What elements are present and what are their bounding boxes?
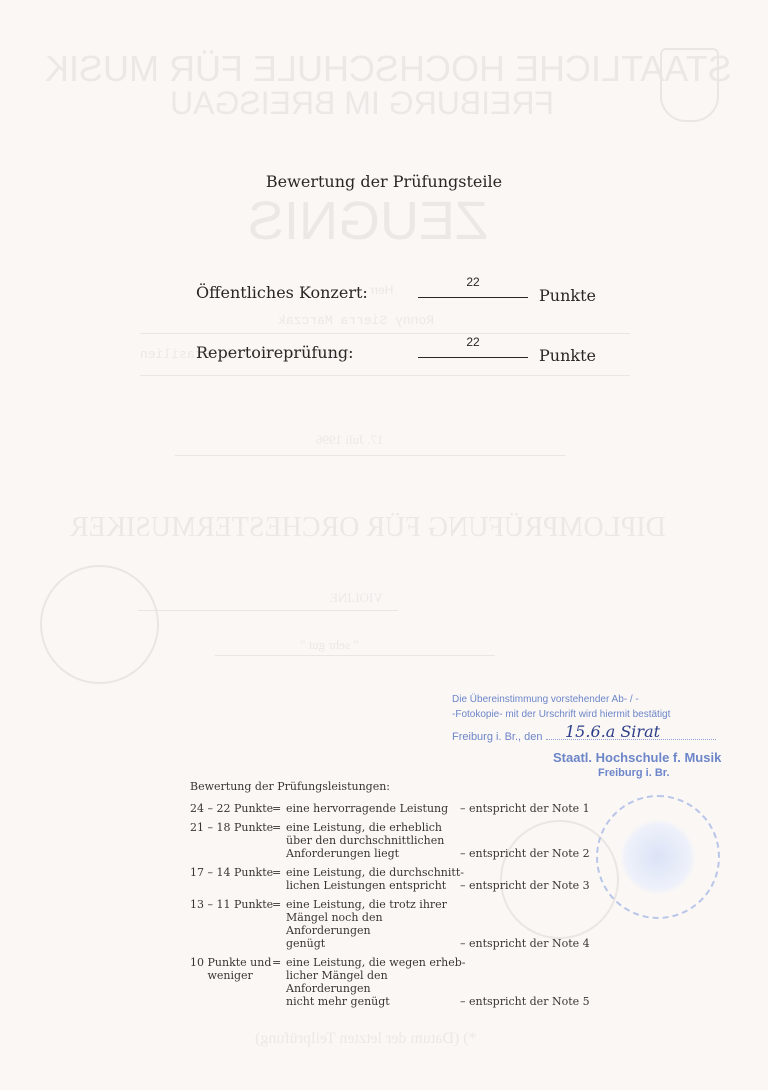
legend-description: eine Leistung, die erheblich über den du…: [286, 821, 466, 860]
ghost-salutation: Herr: [370, 283, 393, 297]
legend-note: – entspricht der Note 4: [460, 937, 590, 950]
ghost-exam-name: DIPLOMPRÜFUNG FÜR ORCHESTERMUSIKER: [70, 512, 666, 544]
ghost-institution-line2: FREIBURG IM BREISGAU: [170, 85, 554, 122]
legend-points: 17 – 14 Punkte: [190, 866, 275, 879]
ghost-institution-line1: STAATLICHE HOCHSCHULE FÜR MUSIK: [45, 48, 732, 90]
legend-note: – entspricht der Note 5: [460, 995, 590, 1008]
handwritten-signature: 15.6.a Sirat: [565, 722, 660, 741]
legend-equals: =: [272, 956, 281, 969]
legend-row: 24 – 22 Punkte = eine hervorragende Leis…: [190, 802, 466, 815]
legend-points: 21 – 18 Punkte: [190, 821, 275, 834]
stamp-place: Freiburg i. Br., den: [452, 731, 543, 743]
part-points: 22: [418, 275, 528, 298]
part-points: 22: [418, 335, 528, 358]
ghost-footnote: *) (Datum der letzten Teilprüfung): [255, 1030, 477, 1048]
ghost-heading: ZEUGNIS: [248, 190, 488, 252]
legend-equals: =: [272, 821, 281, 834]
part-unit: Punkte: [539, 346, 596, 365]
stamp-line1: Die Übereinstimmung vorstehender Ab- / -: [452, 694, 639, 705]
stamp-city: Freiburg i. Br.: [598, 767, 670, 779]
part-label: Öffentliches Konzert:: [196, 283, 368, 302]
legend-description: eine Leistung, die trotz ihrer Mängel no…: [286, 898, 466, 950]
page-title: Bewertung der Prüfungsteile: [0, 172, 768, 191]
legend-points: 13 – 11 Punkte: [190, 898, 275, 911]
legend-points: 10 Punkte und weniger: [190, 956, 275, 982]
ghost-grade: " sehr gut ": [300, 637, 359, 653]
part-unit: Punkte: [539, 286, 596, 305]
ghost-subject: VIOLINE: [330, 590, 383, 606]
legend-description: eine Leistung, die wegen erheb- licher M…: [286, 956, 466, 1008]
ghost-seal-icon: [40, 565, 159, 684]
ghost-exam-date: 17. Juli 1996: [316, 432, 384, 448]
ghost-coat-of-arms-icon: [660, 48, 719, 122]
legend-equals: =: [272, 898, 281, 911]
legend-row: 17 – 14 Punkte = eine Leistung, die durc…: [190, 866, 466, 892]
legend-points: 24 – 22 Punkte: [190, 802, 275, 815]
official-seal-icon: [596, 795, 720, 919]
stamp-line2: -Fotokopie- mit der Urschrift wird hierm…: [452, 709, 670, 720]
stamp-institution: Staatl. Hochschule f. Musik: [553, 750, 721, 765]
legend-title: Bewertung der Prüfungsleistungen:: [190, 780, 466, 793]
grading-legend: Bewertung der Prüfungsleistungen: 24 – 2…: [190, 780, 466, 1014]
legend-note: – entspricht der Note 3: [460, 879, 590, 892]
ghost-name: Ronny Sierra Marczak: [278, 313, 434, 328]
legend-row: 10 Punkte und weniger = eine Leistung, d…: [190, 956, 466, 1008]
legend-equals: =: [272, 802, 281, 815]
legend-note: – entspricht der Note 1: [460, 802, 590, 815]
legend-description: eine hervorragende Leistung: [286, 802, 466, 815]
legend-note: – entspricht der Note 2: [460, 847, 590, 860]
legend-row: 21 – 18 Punkte = eine Leistung, die erhe…: [190, 821, 466, 860]
legend-row: 13 – 11 Punkte = eine Leistung, die trot…: [190, 898, 466, 950]
legend-description: eine Leistung, die durchschnitt- lichen …: [286, 866, 466, 892]
part-label: Repertoireprüfung:: [196, 343, 354, 362]
legend-equals: =: [272, 866, 281, 879]
